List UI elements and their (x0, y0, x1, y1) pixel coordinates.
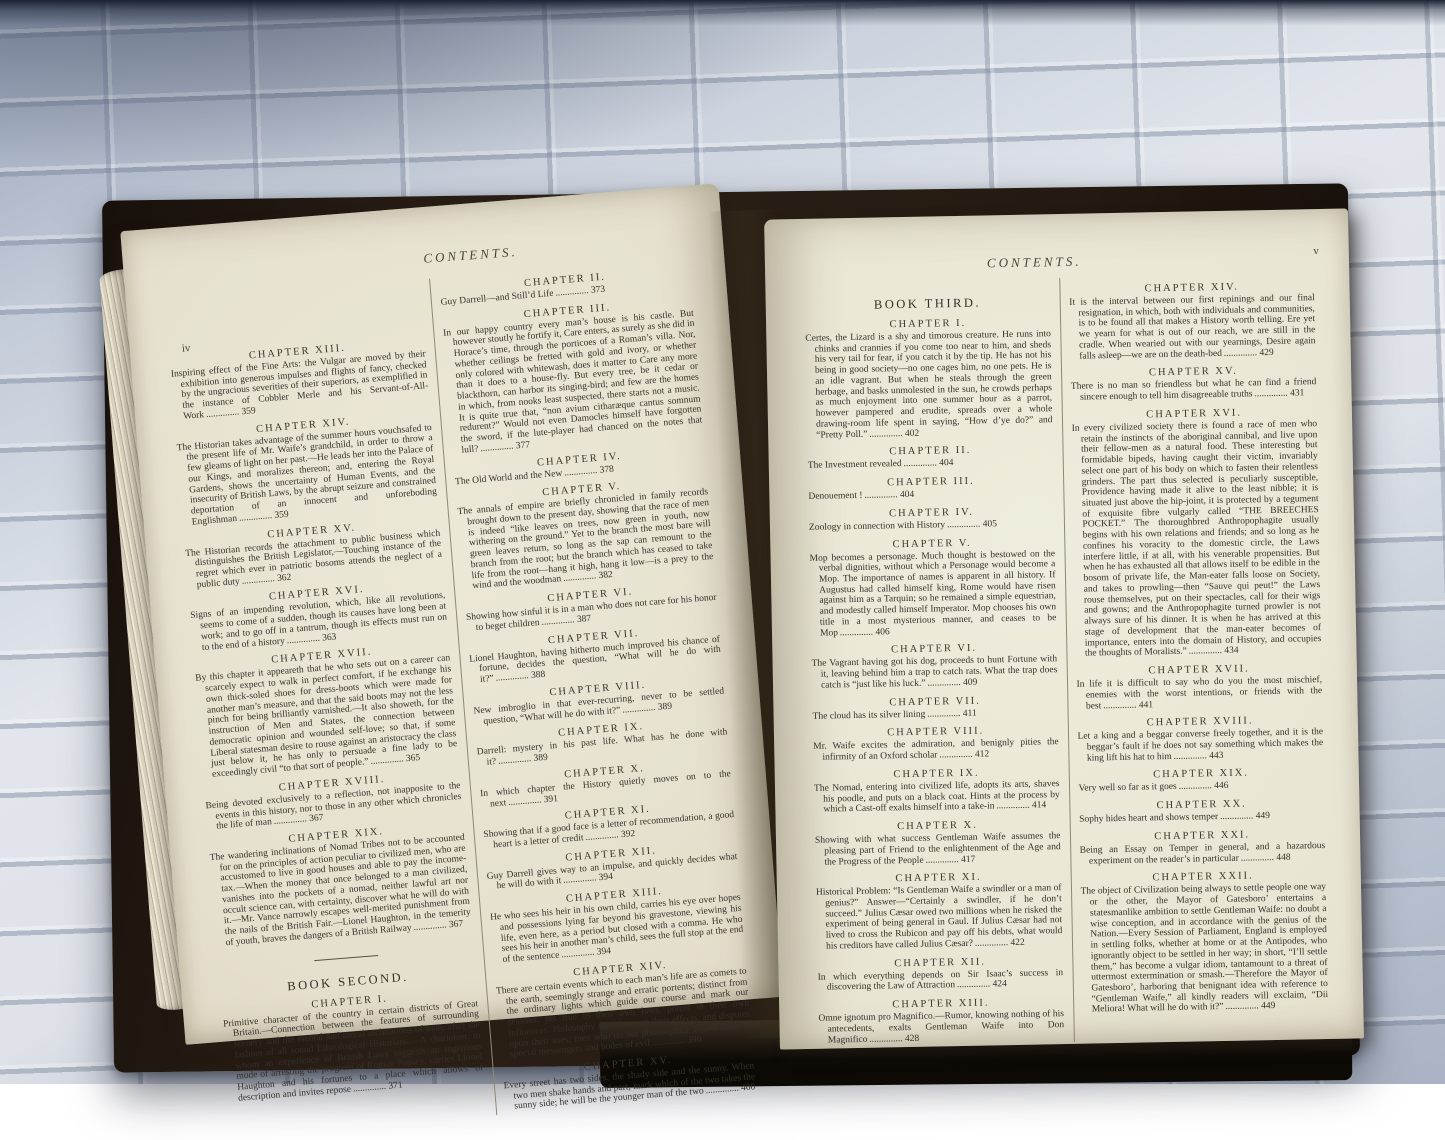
toc-column: CHAPTER XIV.It is the interval between o… (1059, 273, 1338, 1042)
toc-entry: There is no man so friendless but what h… (1071, 378, 1317, 404)
toc-entry: In life it is difficult to say who do yo… (1076, 675, 1322, 712)
toc-entry: In every civilized society there is foun… (1072, 419, 1322, 660)
running-head: CONTENTS. (987, 254, 1082, 272)
toc-entry: Sophy hides heart and shows temper .....… (1079, 810, 1325, 825)
toc-entry-page-number: .............. 411 (925, 708, 977, 719)
toc-entry-text: Omne ignotum pro Magnifico.—Rumor, knowi… (818, 1009, 1064, 1045)
toc-entry: The object of Civilization being always … (1080, 882, 1328, 1016)
toc-entry: In our happy country every man’s house i… (443, 308, 704, 457)
left-page: CONTENTS. iv CHAPTER XIII.Inspiring effe… (120, 183, 784, 1044)
toc-entry-page-number: .............. 404 (862, 490, 914, 501)
toc-entry-page-number: .............. 378 (562, 464, 614, 478)
toc-entry-page-number: .............. 449 (1223, 1001, 1275, 1012)
toc-entry-page-number: .............. 405 (945, 519, 997, 530)
toc-entry: The Nomad, entering into civilized life,… (814, 779, 1060, 816)
book-heading: BOOK THIRD. (805, 294, 1051, 314)
toc-entry-text: Mop becomes a personage. Much thought is… (810, 549, 1057, 639)
toc-entry-page-number: .............. 406 (838, 627, 890, 638)
toc-entry-page-number: .............. 443 (1172, 751, 1224, 762)
toc-entry: Being an Essay on Temper in general, and… (1080, 841, 1326, 867)
toc-entry-page-number: .............. 441 (1101, 700, 1153, 711)
toc-entry-page-number: .............. 424 (955, 980, 1007, 991)
toc-entry-page-number: .............. 402 (867, 428, 919, 439)
toc-entry-page-number: .............. 414 (994, 801, 1046, 812)
toc-entry: It is the interval between our first rep… (1069, 293, 1316, 362)
toc-entry-text: The Historian takes advantage of the sum… (176, 423, 437, 528)
toc-entry-page-number: .............. 373 (553, 285, 605, 299)
toc-entry-text: Denouement ! (808, 491, 862, 502)
toc-entry-text: The cloud has its silver lining (813, 709, 926, 721)
toc-entry-page-number: .............. 449 (1218, 811, 1270, 822)
toc-entry: Very well so far as it goes ............… (1078, 779, 1324, 794)
toc-entry-page-number: .............. 409 (925, 678, 977, 689)
page-number-folio: iv (181, 342, 190, 355)
toc-entry-text: The object of Civilization being always … (1080, 882, 1328, 1015)
toc-entry-text: Mr. Waife excites the admiration, and be… (813, 737, 1059, 762)
toc-entry-text: Very well so far as it goes (1078, 782, 1176, 794)
toc-entry: Denouement ! .............. 404 (808, 487, 1054, 502)
toc-entry: The Historian takes advantage of the sum… (176, 423, 438, 529)
toc-entry: By this chapter it appeareth that he who… (195, 654, 458, 782)
toc-entry-text: Certes, the Lizard is a shy and timorous… (805, 329, 1052, 440)
toc-entry-text: The Investment revealed (808, 459, 902, 471)
toc-entry-text: In our happy country every man’s house i… (443, 308, 703, 455)
section-divider-rule (314, 955, 378, 961)
toc-entry-page-number: .............. 448 (1239, 852, 1291, 863)
right-page: CONTENTS. v BOOK THIRD.CHAPTER I.Certes,… (764, 208, 1364, 1049)
toc-entry-text: In which everything depends on Sir Isaac… (818, 968, 1064, 993)
toc-entry-page-number: .............. 429 (1222, 348, 1274, 359)
toc-entry-page-number: .............. 434 (1187, 646, 1239, 657)
toc-entry-page-number: .............. 412 (937, 750, 989, 761)
toc-entry-text: It is the interval between our first rep… (1069, 293, 1315, 361)
toc-entry-page-number: .............. 404 (902, 458, 954, 469)
toc-entry-page-number: .............. 428 (867, 1033, 919, 1044)
toc-entry: The cloud has its silver lining ........… (813, 707, 1059, 722)
toc-entry: Showing with what success Gentleman Waif… (815, 831, 1061, 868)
toc-entry: In which everything depends on Sir Isaac… (818, 968, 1064, 994)
toc-entry-page-number: .............. 446 (1177, 781, 1229, 792)
toc-entry-page-number: .............. 422 (973, 938, 1025, 949)
toc-entry: Mr. Waife excites the admiration, and be… (813, 737, 1059, 763)
toc-entry: Let a king and a beggar converse freely … (1077, 727, 1323, 764)
toc-entry: The wandering inclinations of Nomad Trib… (209, 833, 472, 950)
toc-entry-text: Zoology in connection with History (809, 520, 945, 533)
toc-entry: Certes, the Lizard is a shy and timorous… (805, 329, 1053, 441)
toc-entry: The annals of empire are briefly chronic… (457, 487, 714, 593)
toc-entry: Zoology in connection with History .....… (809, 518, 1055, 533)
toc-entry: The Investment revealed .............. 4… (808, 457, 1054, 472)
page-number-folio: v (1313, 245, 1319, 257)
toc-entry-text: Sophy hides heart and shows temper (1079, 812, 1218, 825)
toc-entry-page-number: .............. 417 (924, 854, 976, 865)
toc-column: BOOK THIRD.CHAPTER I.Certes, the Lizard … (795, 278, 1073, 1047)
toc-entry: The Vagrant having got his dog, proceeds… (812, 655, 1058, 692)
toc-entry: Historical Problem: “Is Gentleman Waife … (816, 883, 1063, 952)
toc-entry-text: In every civilized society there is foun… (1072, 419, 1322, 659)
running-head: CONTENTS. (423, 244, 518, 267)
toc-entry: Mop becomes a personage. Much thought is… (810, 549, 1057, 640)
toc-entry-text: Historical Problem: “Is Gentleman Waife … (816, 883, 1062, 951)
toc-entry-page-number: .............. 431 (1252, 388, 1304, 399)
toc-entry: Omne ignotum pro Magnifico.—Rumor, knowi… (818, 1009, 1064, 1046)
